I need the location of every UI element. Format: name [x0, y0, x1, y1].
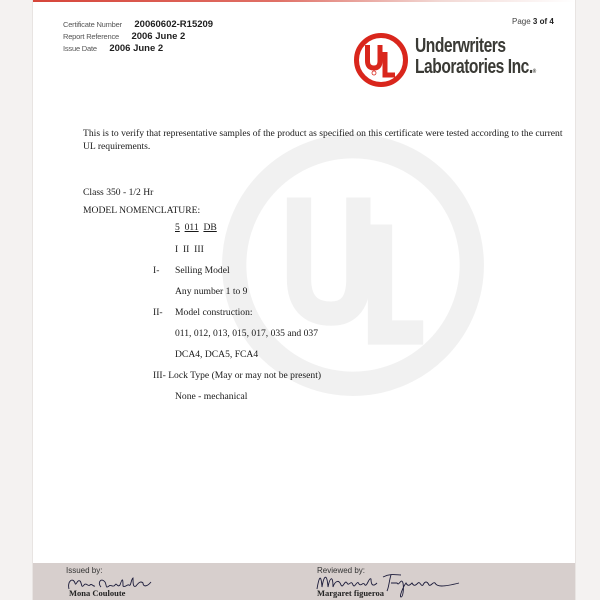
reviewed-by-name: Margaret figueroa	[317, 588, 384, 598]
section-3-detail-1: None - mechanical	[175, 391, 247, 402]
class-line: Class 350 - 1/2 Hr	[83, 187, 153, 198]
certificate-meta: Certificate Number 20060602-R15209 Repor…	[63, 17, 213, 53]
signature-footer: Issued by: Mona Couloute Reviewed by: Ma…	[33, 563, 575, 600]
issue-date-label: Issue Date	[63, 44, 97, 53]
page-of: of	[540, 17, 548, 26]
issue-date-row: Issue Date 2006 June 2	[63, 41, 213, 53]
issue-date: 2006 June 2	[109, 43, 163, 54]
section-2-detail-1: 011, 012, 013, 015, 017, 035 and 037	[175, 328, 318, 339]
model-part-1: 5	[175, 222, 180, 233]
roman-numerals: I II III	[175, 244, 204, 255]
ul-logo: Underwriters Laboratories Inc.®	[353, 32, 573, 88]
section-3-marker: III-	[153, 370, 166, 381]
section-1-marker: I-	[153, 265, 159, 276]
intro-paragraph: This is to verify that representative sa…	[83, 127, 563, 153]
model-part-2: 011	[185, 222, 199, 233]
page-total: 4	[549, 17, 553, 26]
section-2-title: Model construction:	[175, 307, 253, 318]
top-color-strip	[33, 0, 575, 2]
section-3-heading: III- Lock Type (May or may not be presen…	[153, 370, 321, 381]
section-1-title: Selling Model	[175, 265, 230, 276]
section-2-marker: II-	[153, 307, 163, 318]
issued-by-name: Mona Couloute	[69, 588, 125, 598]
page-number: Page 3 of 4	[512, 17, 554, 26]
section-2-detail-2: DCA4, DCA5, FCA4	[175, 349, 258, 360]
report-reference-label: Report Reference	[63, 32, 119, 41]
logo-line-2: Laboratories Inc.®	[415, 57, 536, 83]
certificate-number-label: Certificate Number	[63, 20, 122, 29]
model-code: 5 011 DB	[175, 222, 217, 233]
trademark-mark: ®	[533, 69, 536, 75]
ul-logo-text: Underwriters Laboratories Inc.®	[415, 36, 536, 83]
logo-line-1: Underwriters	[415, 36, 536, 57]
report-reference-row: Report Reference 2006 June 2	[63, 29, 213, 41]
ul-watermark-icon	[218, 130, 488, 400]
nomenclature-heading: MODEL NOMENCLATURE:	[83, 205, 200, 216]
certificate-number-row: Certificate Number 20060602-R15209	[63, 17, 213, 29]
section-3-title: Lock Type (May or may not be present)	[168, 370, 321, 381]
certificate-page: Certificate Number 20060602-R15209 Repor…	[32, 0, 576, 600]
model-part-3: DB	[203, 222, 216, 233]
ul-logo-icon	[353, 32, 409, 88]
logo-line-2-text: Laboratories Inc.	[415, 56, 533, 78]
section-1-detail-1: Any number 1 to 9	[175, 286, 247, 297]
page-prefix: Page	[512, 17, 531, 26]
page-current: 3	[533, 17, 537, 26]
